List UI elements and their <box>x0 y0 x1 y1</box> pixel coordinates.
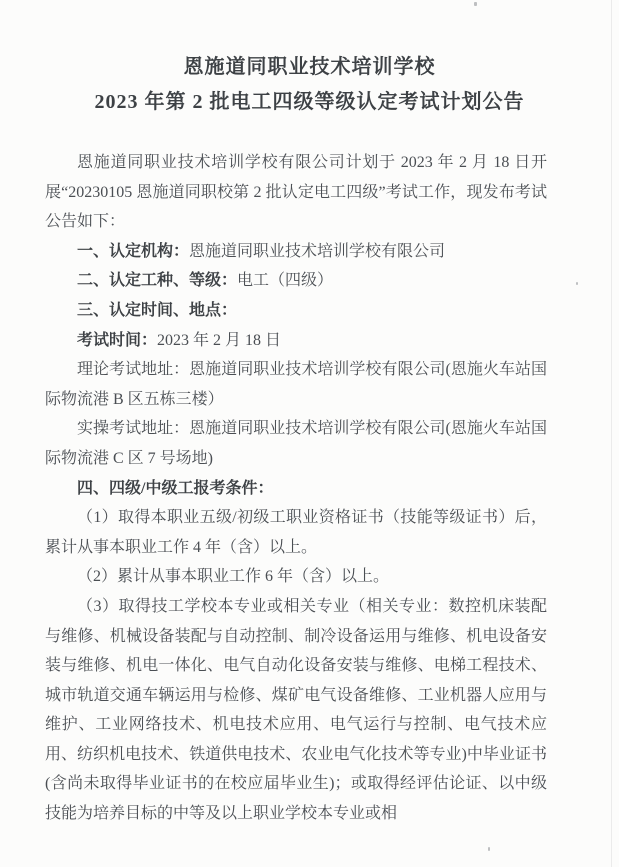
section-label: 三、认定时间、地点： <box>77 302 237 319</box>
requirement-item-3: （3）取得技工学校本专业或相关专业（相关专业：数控机床装配与维修、机械设备装配与… <box>45 592 547 829</box>
section-text: 恩施道同职业技术培训学校有限公司 <box>189 243 445 260</box>
section-text: 电工（四级） <box>237 272 333 289</box>
document-body: 恩施道同职业技术培训学校有限公司计划于 2023 年 2 月 18 日开展“20… <box>45 148 547 829</box>
section-time-place: 三、认定时间、地点： <box>45 296 547 326</box>
title-line-2: 2023 年第 2 批电工四级等级认定考试计划公告 <box>0 85 619 120</box>
section-text: 实操考试地址：恩施道同职业技术培训学校有限公司(恩施火车站国际物流港 C 区 7… <box>45 420 547 467</box>
theory-exam-address: 理论考试地址：恩施道同职业技术培训学校有限公司(恩施火车站国际物流港 B 区五栋… <box>45 355 547 414</box>
exam-time: 考试时间：2023 年 2 月 18 日 <box>45 326 547 356</box>
requirement-item-1: （1）取得本职业五级/初级工职业资格证书（技能等级证书）后，累计从事本职业工作 … <box>45 503 547 562</box>
requirement-item-2: （2）累计从事本职业工作 6 年（含）以上。 <box>45 562 547 592</box>
section-label: 二、认定工种、等级： <box>77 272 237 289</box>
section-label: 四、四级/中级工报考条件： <box>77 480 273 497</box>
scan-edge-shadow <box>611 0 612 867</box>
scan-speck <box>488 847 490 851</box>
section-label: 考试时间： <box>77 332 157 349</box>
section-trade-level: 二、认定工种、等级：电工（四级） <box>45 266 547 296</box>
scan-speck <box>474 2 477 6</box>
intro-text: 恩施道同职业技术培训学校有限公司计划于 2023 年 2 月 18 日开展“20… <box>45 154 547 230</box>
section-text: 理论考试地址：恩施道同职业技术培训学校有限公司(恩施火车站国际物流港 B 区五栋… <box>45 361 547 408</box>
scan-speck <box>576 282 578 285</box>
practical-exam-address: 实操考试地址：恩施道同职业技术培训学校有限公司(恩施火车站国际物流港 C 区 7… <box>45 414 547 473</box>
section-text: （2）累计从事本职业工作 6 年（含）以上。 <box>77 568 389 585</box>
document-title: 恩施道同职业技术培训学校 2023 年第 2 批电工四级等级认定考试计划公告 <box>0 50 619 120</box>
section-label: 一、认定机构： <box>77 243 189 260</box>
section-requirements: 四、四级/中级工报考条件： <box>45 474 547 504</box>
section-text: （3）取得技工学校本专业或相关专业（相关专业：数控机床装配与维修、机械设备装配与… <box>45 598 547 822</box>
intro-paragraph: 恩施道同职业技术培训学校有限公司计划于 2023 年 2 月 18 日开展“20… <box>45 148 547 237</box>
title-line-1: 恩施道同职业技术培训学校 <box>0 50 619 85</box>
section-certifying-body: 一、认定机构：恩施道同职业技术培训学校有限公司 <box>45 237 547 267</box>
scanned-document-page: 恩施道同职业技术培训学校 2023 年第 2 批电工四级等级认定考试计划公告 恩… <box>0 0 619 867</box>
section-text: （1）取得本职业五级/初级工职业资格证书（技能等级证书）后，累计从事本职业工作 … <box>45 509 547 556</box>
section-text: 2023 年 2 月 18 日 <box>157 332 281 349</box>
